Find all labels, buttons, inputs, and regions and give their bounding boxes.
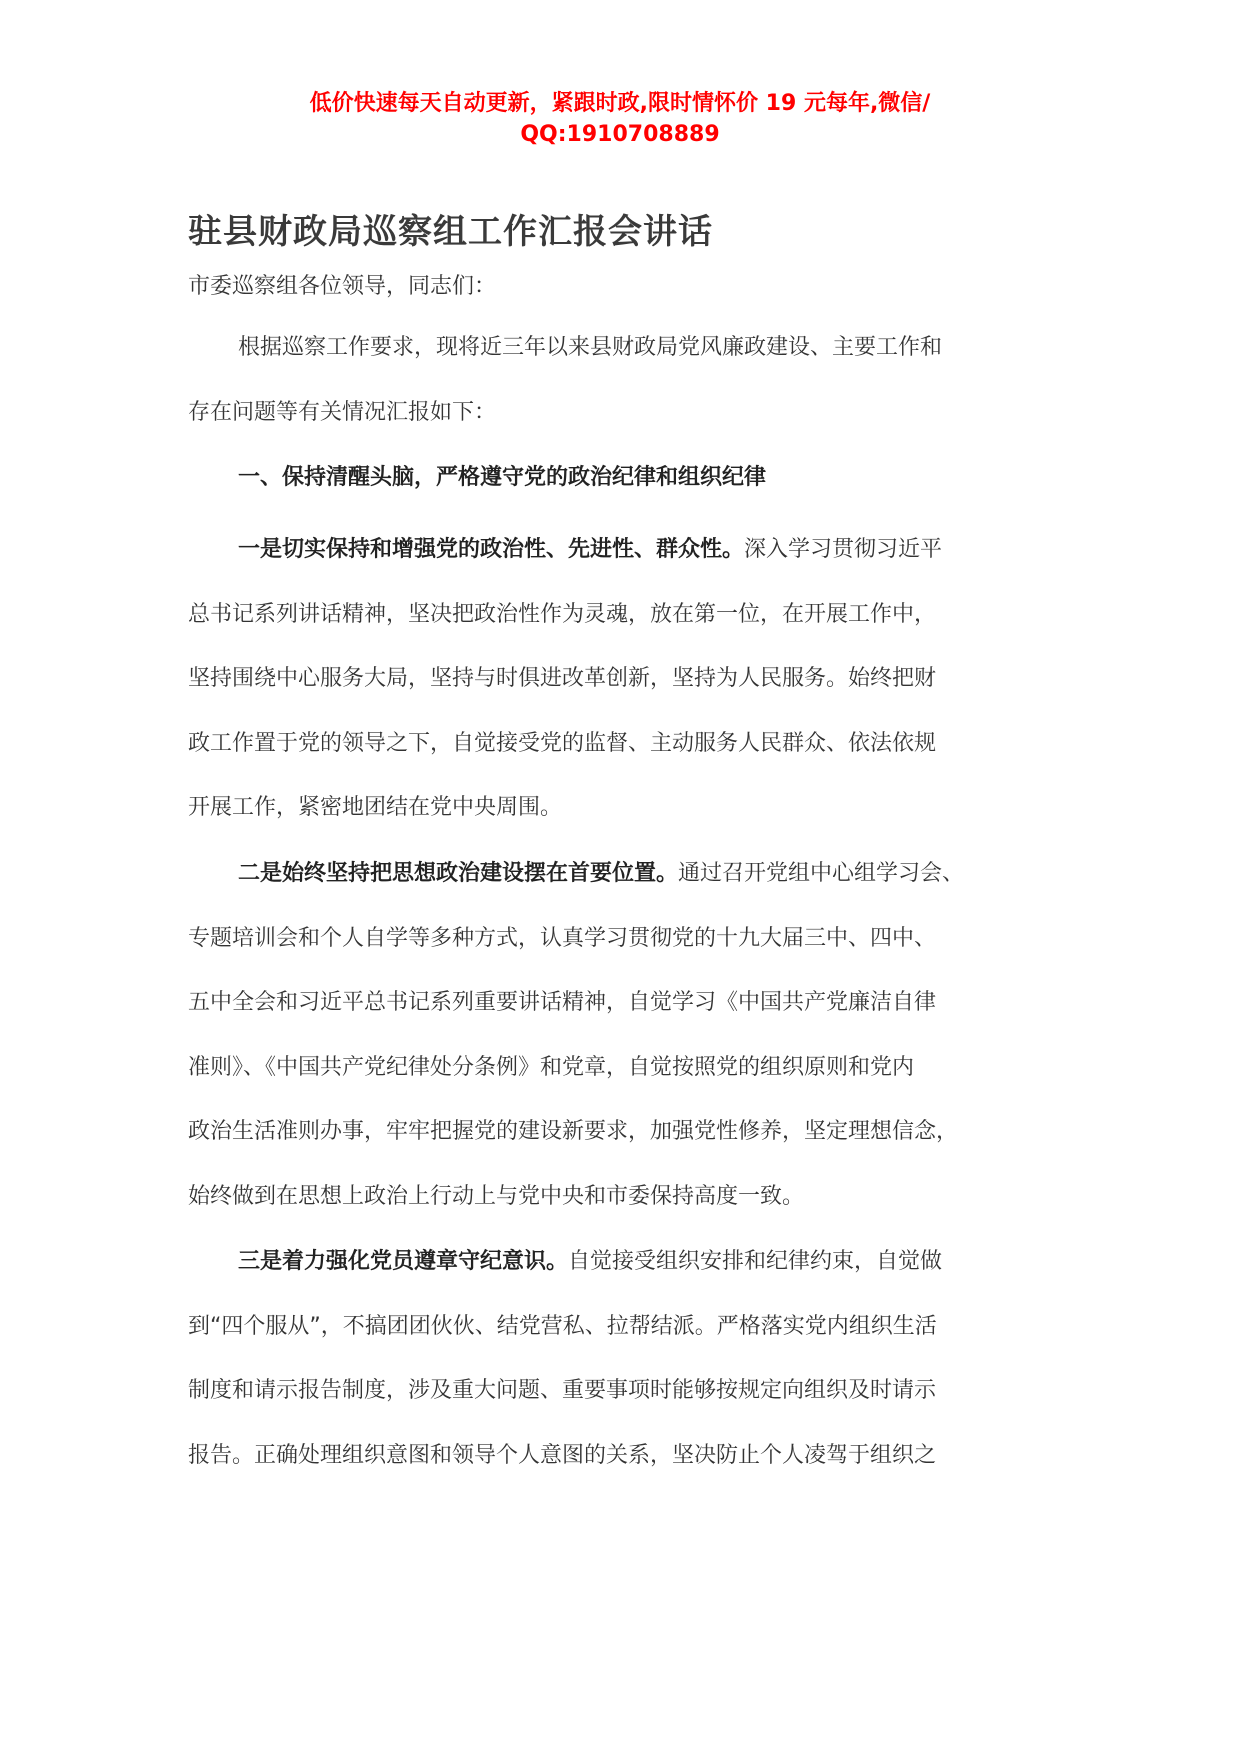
paragraph-line: 制度和请示报告制度，涉及重大问题、重要事项时能够按规定向组织及时请示 xyxy=(188,1359,1068,1424)
intro-line: 存在问题等有关情况汇报如下： xyxy=(188,381,1068,446)
intro-line: 根据巡察工作要求，现将近三年以来县财政局党风廉政建设、主要工作和 xyxy=(188,316,1068,381)
section-heading: 一、保持清醒头脑，严格遵守党的政治纪律和组织纪律 xyxy=(188,446,1068,511)
paragraph-line: 总书记系列讲话精神，坚决把政治性作为灵魂，放在第一位，在开展工作中， xyxy=(188,583,1068,648)
paragraph-text: 深入学习贯彻习近平 xyxy=(744,537,942,562)
paragraph-3: 三是着力强化党员遵章守纪意识。自觉接受组织安排和纪律约束，自觉做 到“四个服从”… xyxy=(188,1230,1068,1488)
paragraph-lead: 三是着力强化党员遵章守纪意识。 xyxy=(238,1249,568,1274)
paragraph-lead: 二是始终坚持把思想政治建设摆在首要位置。 xyxy=(238,861,678,886)
paragraph-line: 政工作置于党的领导之下，自觉接受党的监督、主动服务人民群众、依法依规 xyxy=(188,712,1068,777)
paragraph-line: 始终做到在思想上政治上行动上与党中央和市委保持高度一致。 xyxy=(188,1165,1068,1230)
paragraph-first-line: 三是着力强化党员遵章守纪意识。自觉接受组织安排和纪律约束，自觉做 xyxy=(188,1230,1068,1295)
paragraph-line: 专题培训会和个人自学等多种方式，认真学习贯彻党的十九大届三中、四中、 xyxy=(188,907,1068,972)
paragraph-2: 二是始终坚持把思想政治建设摆在首要位置。通过召开党组中心组学习会、 专题培训会和… xyxy=(188,842,1068,1229)
paragraph-line: 准则》、《中国共产党纪律处分条例》和党章，自觉按照党的组织原则和党内 xyxy=(188,1036,1068,1101)
salutation: 市委巡察组各位领导，同志们： xyxy=(188,255,1068,320)
paragraph-text: 通过召开党组中心组学习会、 xyxy=(678,861,964,886)
paragraph-text: 自觉接受组织安排和纪律约束，自觉做 xyxy=(568,1249,942,1274)
paragraph-line: 五中全会和习近平总书记系列重要讲话精神，自觉学习《中国共产党廉洁自律 xyxy=(188,971,1068,1036)
salutation-block: 市委巡察组各位领导，同志们： xyxy=(188,255,1068,320)
promo-line-2: QQ:1910708889 xyxy=(0,119,1240,150)
paragraph-lead: 一是切实保持和增强党的政治性、先进性、群众性。 xyxy=(238,537,744,562)
paragraph-line: 政治生活准则办事，牢牢把握党的建设新要求，加强党性修养，坚定理想信念， xyxy=(188,1100,1068,1165)
paragraph-first-line: 一是切实保持和增强党的政治性、先进性、群众性。深入学习贯彻习近平 xyxy=(188,518,1068,583)
section-heading-block: 一、保持清醒头脑，严格遵守党的政治纪律和组织纪律 xyxy=(188,446,1068,511)
paragraph-first-line: 二是始终坚持把思想政治建设摆在首要位置。通过召开党组中心组学习会、 xyxy=(188,842,1068,907)
document-page: 低价快速每天自动更新，紧跟时政,限时情怀价 19 元每年,微信/ QQ:1910… xyxy=(0,0,1240,1754)
paragraph-line: 开展工作，紧密地团结在党中央周围。 xyxy=(188,776,1068,841)
paragraph-line: 到“四个服从”，不搞团团伙伙、结党营私、拉帮结派。严格落实党内组织生活 xyxy=(188,1295,1068,1360)
promo-banner: 低价快速每天自动更新，紧跟时政,限时情怀价 19 元每年,微信/ QQ:1910… xyxy=(0,88,1240,150)
paragraph-line: 报告。正确处理组织意图和领导个人意图的关系，坚决防止个人凌驾于组织之 xyxy=(188,1424,1068,1489)
paragraph-line: 坚持围绕中心服务大局，坚持与时俱进改革创新，坚持为人民服务。始终把财 xyxy=(188,647,1068,712)
promo-line-1: 低价快速每天自动更新，紧跟时政,限时情怀价 19 元每年,微信/ xyxy=(0,88,1240,119)
intro-paragraph: 根据巡察工作要求，现将近三年以来县财政局党风廉政建设、主要工作和 存在问题等有关… xyxy=(188,316,1068,445)
document-title: 驻县财政局巡察组工作汇报会讲话 xyxy=(188,204,713,253)
paragraph-1: 一是切实保持和增强党的政治性、先进性、群众性。深入学习贯彻习近平 总书记系列讲话… xyxy=(188,518,1068,841)
